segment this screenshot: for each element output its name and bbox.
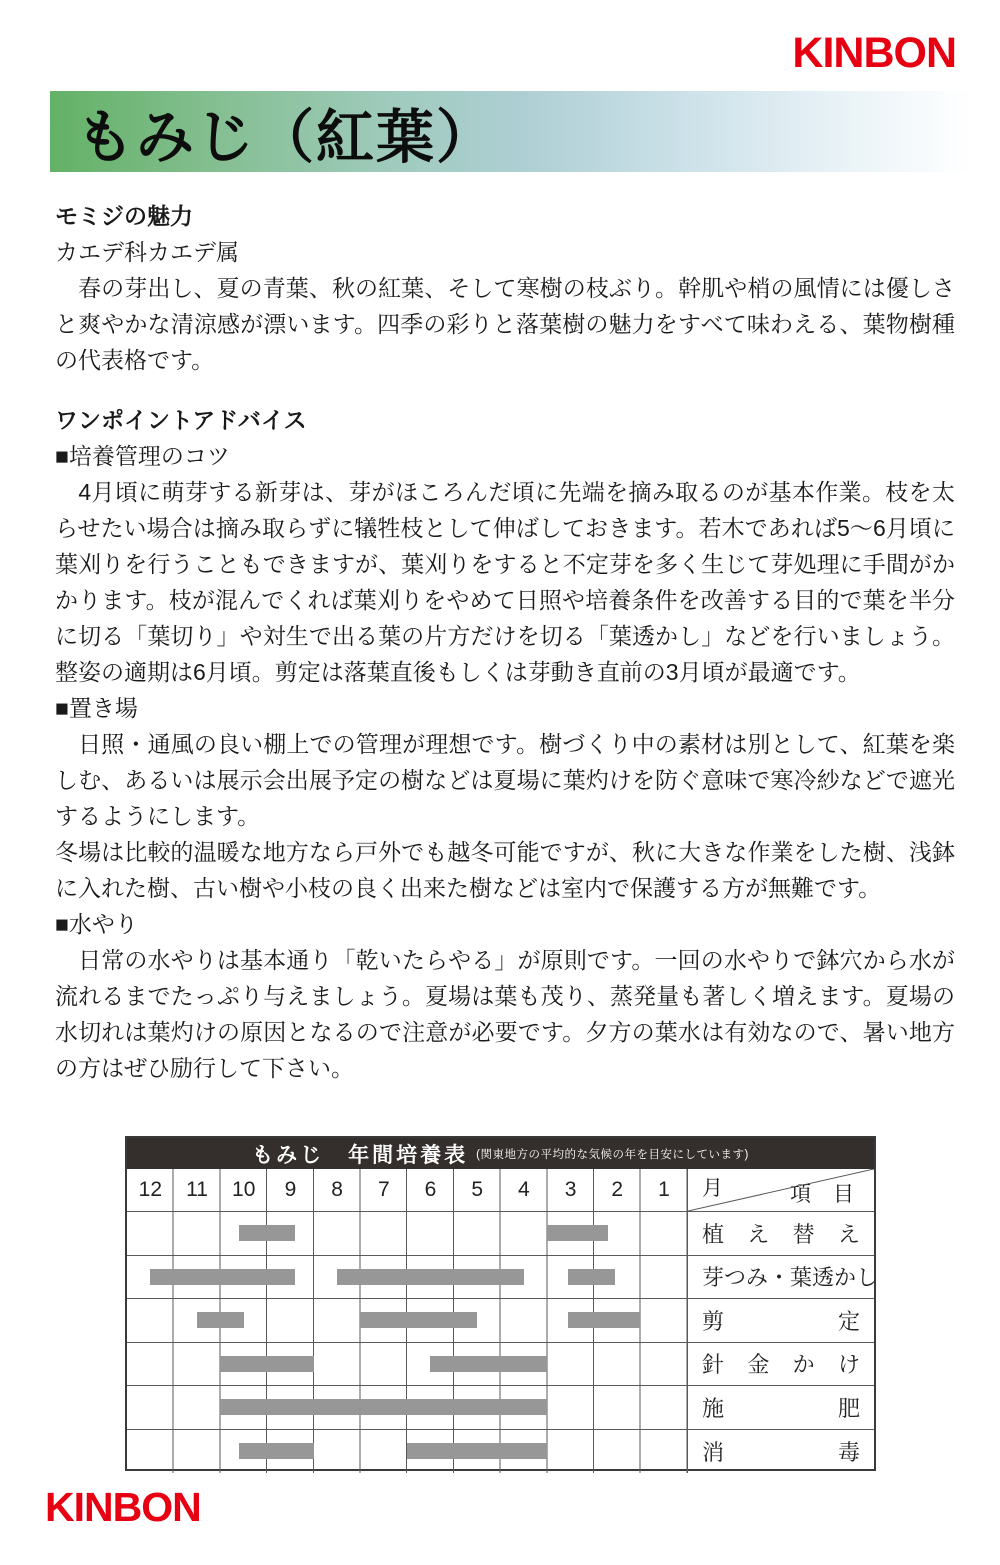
row-label-cell: 施肥 — [687, 1386, 874, 1429]
paragraph: カエデ科カエデ属 — [55, 234, 955, 270]
schedule-bar — [220, 1356, 313, 1372]
row-month-grid — [127, 1212, 687, 1255]
kinbon-logo-top: KINBON — [792, 32, 956, 75]
row-label-cell: 消毒 — [687, 1430, 874, 1474]
table-row: 施肥 — [127, 1386, 874, 1430]
row-label: 施肥 — [688, 1392, 874, 1423]
schedule-bar — [568, 1269, 615, 1285]
care-table-title: もみじ 年間培養表 — [252, 1139, 468, 1169]
care-table-rows: 植え替え芽つみ・葉透かし剪定針金かけ施肥消毒 — [127, 1212, 874, 1473]
row-month-grid — [127, 1386, 687, 1429]
schedule-bar — [430, 1356, 547, 1372]
month-cells: 121110987654321 — [127, 1169, 687, 1211]
paragraph: 日照・通風の良い棚上での管理が理想です。樹づくり中の素材は別として、紅葉を楽しむ… — [55, 726, 955, 834]
month-label: 11 — [174, 1169, 221, 1211]
row-month-grid — [127, 1430, 687, 1474]
page-title: もみじ（紅葉） — [50, 90, 496, 174]
article-body: モミジの魅力カエデ科カエデ属 春の芽出し、夏の青葉、秋の紅葉、そして寒樹の枝ぶり… — [55, 198, 955, 1086]
row-label-cell: 植え替え — [687, 1212, 874, 1255]
row-label: 針金かけ — [688, 1348, 874, 1379]
schedule-bar — [568, 1312, 640, 1328]
schedule-bar — [239, 1225, 295, 1241]
row-label: 剪定 — [688, 1305, 874, 1336]
row-month-grid — [127, 1343, 687, 1386]
month-label: 3 — [547, 1169, 594, 1211]
title-banner: もみじ（紅葉） — [50, 91, 1000, 172]
schedule-bar — [547, 1225, 608, 1241]
sub-heading: ■培養管理のコツ — [55, 438, 955, 474]
month-label: 4 — [501, 1169, 548, 1211]
row-label-cell: 針金かけ — [687, 1343, 874, 1386]
row-label-cell: 剪定 — [687, 1299, 874, 1342]
annual-care-table: もみじ 年間培養表 (関東地方の平均的な気候の年を目安にしています) 12111… — [125, 1136, 876, 1471]
month-label: 5 — [454, 1169, 501, 1211]
corner-label-item: 項 目 — [790, 1178, 862, 1208]
month-label: 7 — [360, 1169, 407, 1211]
section-heading: モミジの魅力 — [55, 198, 955, 234]
schedule-bar — [150, 1269, 295, 1285]
table-row: 芽つみ・葉透かし — [127, 1256, 874, 1300]
table-row: 植え替え — [127, 1212, 874, 1256]
schedule-bar — [337, 1269, 524, 1285]
table-row: 剪定 — [127, 1299, 874, 1343]
paragraph: 春の芽出し、夏の青葉、秋の紅葉、そして寒樹の枝ぶり。幹肌や梢の風情には優しさと爽… — [55, 270, 955, 378]
month-label: 6 — [407, 1169, 454, 1211]
row-label: 消毒 — [688, 1436, 874, 1467]
corner-cell: 月 項 目 — [687, 1169, 874, 1211]
schedule-bar — [220, 1399, 547, 1415]
sub-heading: ■置き場 — [55, 690, 955, 726]
paragraph: 日常の水やりは基本通り「乾いたらやる」が原則です。一回の水やりで鉢穴から水が流れ… — [55, 942, 955, 1086]
schedule-bar — [239, 1443, 314, 1459]
row-label: 植え替え — [688, 1218, 874, 1249]
month-label: 1 — [641, 1169, 688, 1211]
table-row: 消毒 — [127, 1430, 874, 1474]
table-row: 針金かけ — [127, 1343, 874, 1387]
row-label: 芽つみ・葉透かし — [688, 1261, 892, 1292]
month-label: 9 — [267, 1169, 314, 1211]
paragraph: 冬場は比較的温暖な地方なら戸外でも越冬可能ですが、秋に大きな作業をした樹、浅鉢に… — [55, 834, 955, 906]
sub-heading: ■水やり — [55, 906, 955, 942]
month-header-row: 121110987654321 月 項 目 — [127, 1169, 874, 1212]
paragraph: 4月頃に萌芽する新芽は、芽がほころんだ頃に先端を摘み取るのが基本作業。枝を太らせ… — [55, 474, 955, 690]
kinbon-logo-bottom: KINBON — [45, 1487, 201, 1528]
schedule-bar — [197, 1312, 244, 1328]
corner-label-month: 月 — [702, 1172, 723, 1202]
month-label: 10 — [220, 1169, 267, 1211]
section-heading: ワンポイントアドバイス — [55, 402, 955, 438]
month-label: 2 — [594, 1169, 641, 1211]
row-month-grid — [127, 1299, 687, 1342]
month-label: 8 — [314, 1169, 361, 1211]
schedule-bar — [407, 1443, 547, 1459]
row-month-grid — [127, 1256, 687, 1299]
care-table-subtitle: (関東地方の平均的な気候の年を目安にしています) — [476, 1146, 749, 1162]
schedule-bar — [360, 1312, 477, 1328]
paragraph-spacer — [55, 378, 955, 402]
row-label-cell: 芽つみ・葉透かし — [687, 1256, 892, 1299]
month-label: 12 — [127, 1169, 174, 1211]
care-table-titlebar: もみじ 年間培養表 (関東地方の平均的な気候の年を目安にしています) — [127, 1138, 874, 1169]
